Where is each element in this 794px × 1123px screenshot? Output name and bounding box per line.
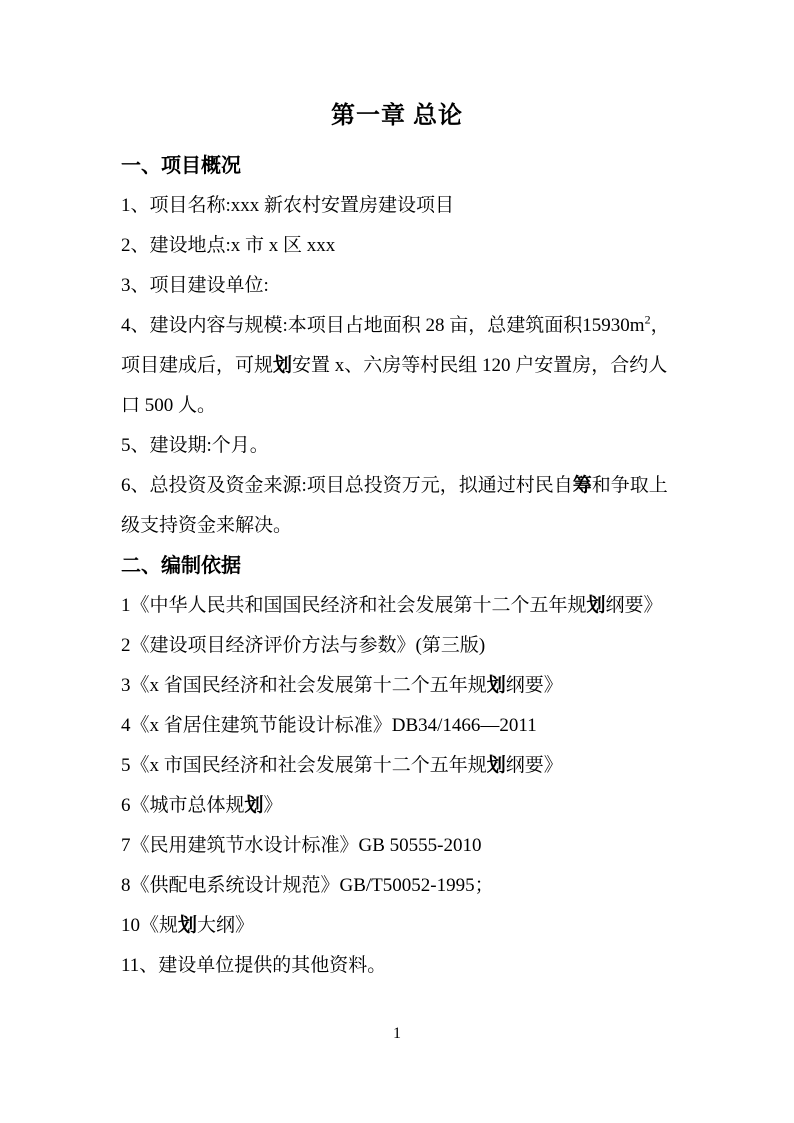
- page-number: 1: [0, 1024, 794, 1044]
- paragraph: 8《供配电系统设计规范》GB/T50052-1995；: [121, 866, 673, 906]
- section-heading: 二、编制依据: [121, 546, 673, 586]
- paragraph: 11、建设单位提供的其他资料。: [121, 946, 673, 986]
- chapter-title: 第一章 总论: [0, 0, 794, 132]
- paragraph: 4《x 省居住建筑节能设计标准》DB34/1466—2011: [121, 706, 673, 746]
- paragraph: 10《规划大纲》: [121, 906, 673, 946]
- paragraph: 6、总投资及资金来源:项目总投资万元，拟通过村民自筹和争取上级支持资金来解决。: [121, 466, 673, 546]
- paragraph: 7《民用建筑节水设计标准》GB 50555-2010: [121, 826, 673, 866]
- section-heading: 一、项目概况: [121, 146, 673, 186]
- paragraph: 3、项目建设单位:: [121, 266, 673, 306]
- paragraph: 1、项目名称:xxx 新农村安置房建设项目: [121, 186, 673, 226]
- document-body: 一、项目概况1、项目名称:xxx 新农村安置房建设项目2、建设地点:x 市 x …: [121, 146, 673, 986]
- paragraph: 4、建设内容与规模:本项目占地面积 28 亩，总建筑面积15930m2，项目建成…: [121, 306, 673, 426]
- paragraph: 2、建设地点:x 市 x 区 xxx: [121, 226, 673, 266]
- paragraph: 5、建设期:个月。: [121, 426, 673, 466]
- paragraph: 5《x 市国民经济和社会发展第十二个五年规划纲要》: [121, 746, 673, 786]
- document-page: 第一章 总论 一、项目概况1、项目名称:xxx 新农村安置房建设项目2、建设地点…: [0, 0, 794, 1123]
- paragraph: 2《建设项目经济评价方法与参数》(第三版): [121, 626, 673, 666]
- paragraph: 6《城市总体规划》: [121, 786, 673, 826]
- paragraph: 1《中华人民共和国国民经济和社会发展第十二个五年规划纲要》: [121, 586, 673, 626]
- paragraph: 3《x 省国民经济和社会发展第十二个五年规划纲要》: [121, 666, 673, 706]
